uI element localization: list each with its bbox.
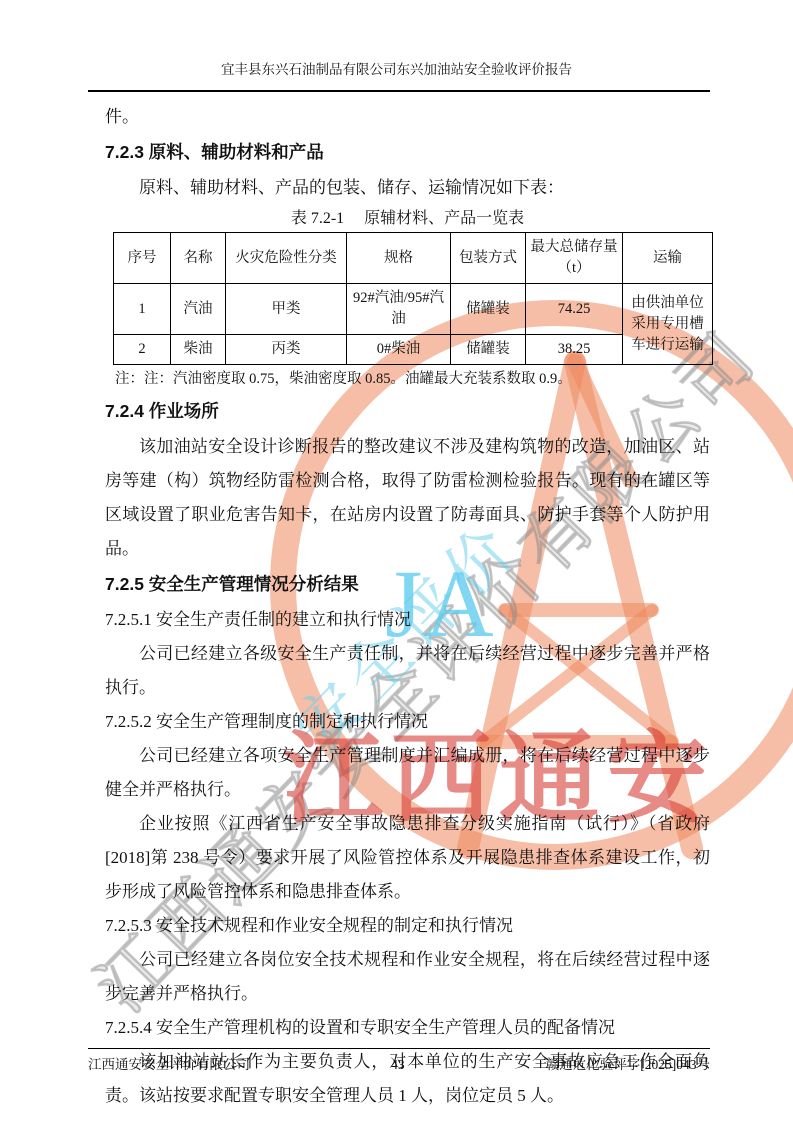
subsection-heading-7253: 7.2.5.3 安全技术规程和作业安全规程的制定和执行情况 [105,909,710,943]
table-cell: 92#汽油/95#汽油 [347,284,451,335]
table-header-cell: 包装方式 [451,233,526,284]
header-title: 宜丰县东兴石油制品有限公司东兴加油站安全验收评价报告 [0,58,793,78]
table-header-cell: 名称 [171,233,226,284]
section-heading-724: 7.2.4 作业场所 [105,394,710,429]
table-cell-transport: 由供油单位采用专用槽车进行运输 [623,284,713,365]
table-cell: 储罐装 [451,335,526,365]
table-cell: 丙类 [226,335,347,365]
body-paragraph: 公司已经建立各项安全生产管理制度并汇编成册，将在后续经营过程中逐步健全并严格执行… [105,739,710,807]
header-rule [88,90,710,92]
section-heading-725: 7.2.5 安全生产管理情况分析结果 [105,567,710,602]
body-paragraph: 原料、辅助材料、产品的包装、储存、运输情况如下表： [105,171,710,205]
table-cell: 1 [114,284,171,335]
body-paragraph: 企业按照《江西省生产安全事故隐患排查分级实施指南（试行）》（省政府[2018]第… [105,807,710,909]
materials-table: 序号 名称 火灾危险性分类 规格 包装方式 最大总储存量（t） 运输 1 汽油 … [113,232,713,365]
table-note: 注：注：汽油密度取 0.75，柴油密度取 0.85。油罐最大充装系数取 0.9。 [115,368,710,390]
table-caption: 表 7.2-1 原辅材料、产品一览表 [105,205,710,232]
table-cell: 甲类 [226,284,347,335]
subsection-heading-7254: 7.2.5.4 安全生产管理机构的设置和专职安全生产管理人员的配备情况 [105,1011,710,1045]
footer-company: 江西通安安全评价有限公司 [88,1053,250,1073]
content-layer: 宜丰县东兴石油制品有限公司东兴加油站安全验收评价报告 件。 7.2.3 原料、辅… [0,0,793,1122]
subsection-heading-7251: 7.2.5.1 安全生产责任制的建立和执行情况 [105,603,710,637]
table-header-cell: 运输 [623,233,713,284]
table-cell: 柴油 [171,335,226,365]
footer: 江西通安安全评价有限公司 43 赣通危化验评字[2025]043号 [88,1053,710,1073]
table-header-cell: 最大总储存量（t） [526,233,623,284]
table-cell: 0#柴油 [347,335,451,365]
table-cell: 2 [114,335,171,365]
body-paragraph: 公司已经建立各级安全生产责任制，并将在后续经营过程中逐步完善并严格执行。 [105,637,710,705]
footer-rule [88,1048,710,1049]
table-header-cell: 规格 [347,233,451,284]
document-page: 江西通安安全评价有限公司 安全评价 JA 江西通安 宜丰县东兴石油制品有限公司东… [0,0,793,1122]
table-cell: 74.25 [526,284,623,335]
body-paragraph: 该加油站安全设计诊断报告的整改建议不涉及建构筑物的改造，加油区、站房等建（构）筑… [105,430,710,566]
table-header-cell: 序号 [114,233,171,284]
footer-doc-number: 赣通危化验评字[2025]043号 [546,1053,710,1073]
footer-page-number: 43 [391,1057,405,1073]
table-header-cell: 火灾危险性分类 [226,233,347,284]
continuation-text: 件。 [105,100,710,134]
table-row: 1 汽油 甲类 92#汽油/95#汽油 储罐装 74.25 由供油单位采用专用槽… [114,284,713,335]
body-content: 件。 7.2.3 原料、辅助材料和产品 原料、辅助材料、产品的包装、储存、运输情… [105,100,710,1113]
section-heading-723: 7.2.3 原料、辅助材料和产品 [105,135,710,170]
table-cell: 储罐装 [451,284,526,335]
table-header-row: 序号 名称 火灾危险性分类 规格 包装方式 最大总储存量（t） 运输 [114,233,713,284]
table-cell: 汽油 [171,284,226,335]
table-cell: 38.25 [526,335,623,365]
body-paragraph: 公司已经建立各岗位安全技术规程和作业安全规程，将在后续经营过程中逐步完善并严格执… [105,943,710,1011]
subsection-heading-7252: 7.2.5.2 安全生产管理制度的制定和执行情况 [105,705,710,739]
